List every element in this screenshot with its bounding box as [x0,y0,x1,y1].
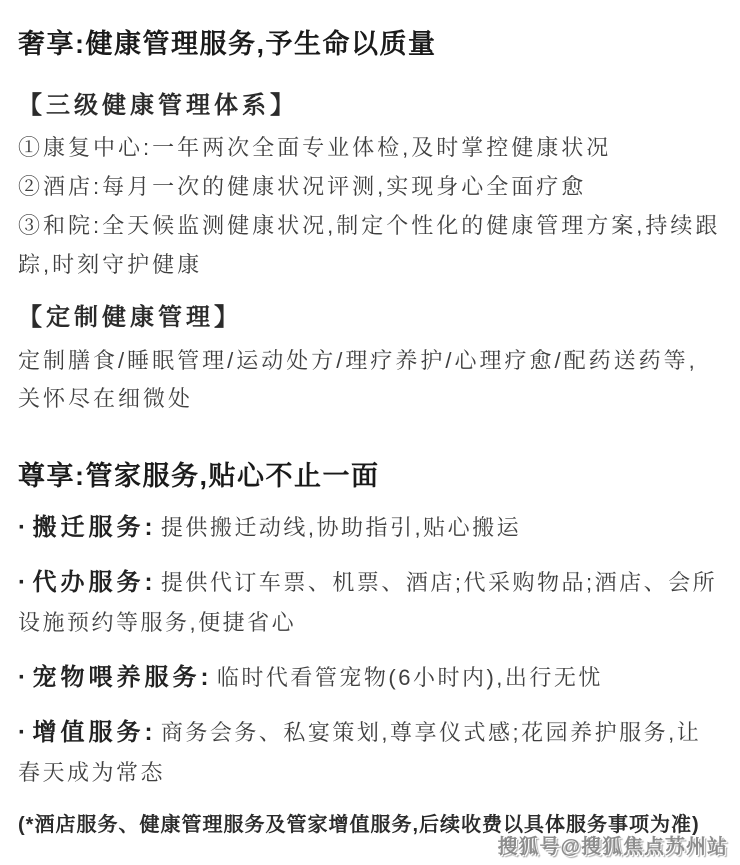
tiered-system-heading: 【三级健康管理体系】 [18,88,722,124]
service-desc-pet-care: 临时代看管宠物(6小时内),出行无忧 [217,665,603,690]
service-name-errands: 代办服务: [32,569,156,596]
tier-item-hotel: ②酒店:每月一次的健康状况评测,实现身心全面疗愈 [18,167,722,206]
butler-service-list: · 搬迁服务: 提供搬迁动线,协助指引,贴心搬运 · 代办服务: 提供代订车票、… [18,509,722,794]
tiered-system-list: ①康复中心:一年两次全面专业体检,及时掌控健康状况 ②酒店:每月一次的健康状况评… [18,128,722,284]
service-item-pet-care: · 宠物喂养服务: 临时代看管宠物(6小时内),出行无忧 [18,659,722,699]
tier-item-heyuan: ③和院:全天候监测健康状况,制定个性化的健康管理方案,持续跟踪,时刻守护健康 [18,206,722,284]
service-item-value-added: · 增值服务: 商务会务、私宴策划,尊享仪式感;花园养护服务,让春天成为常态 [18,714,722,794]
bullet-dot-icon: · [18,664,26,691]
bullet-dot-icon: · [18,514,26,541]
sohu-watermark: 搜狐号@搜狐焦点苏州站 [497,830,728,859]
service-item-errands: · 代办服务: 提供代订车票、机票、酒店;代采购物品;酒店、会所设施预约等服务,… [18,564,722,644]
service-name-moving: 搬迁服务: [32,514,156,541]
service-name-value-added: 增值服务: [32,719,156,746]
health-section-title: 奢享:健康管理服务,予生命以质量 [18,26,722,62]
service-desc-moving: 提供搬迁动线,协助指引,贴心搬运 [161,515,521,540]
custom-health-body: 定制膳食/睡眠管理/运动处方/理疗养护/心理疗愈/配药送药等,关怀尽在细微处 [18,342,722,418]
butler-section-title: 尊享:管家服务,贴心不止一面 [18,458,722,494]
article-body: 奢享:健康管理服务,予生命以质量 【三级健康管理体系】 ①康复中心:一年两次全面… [0,0,740,840]
custom-health-heading: 【定制健康管理】 [18,300,722,336]
bullet-dot-icon: · [18,719,26,746]
bullet-dot-icon: · [18,569,26,596]
tier-item-rehab-center: ①康复中心:一年两次全面专业体检,及时掌控健康状况 [18,128,722,167]
service-item-moving: · 搬迁服务: 提供搬迁动线,协助指引,贴心搬运 [18,509,722,549]
service-name-pet-care: 宠物喂养服务: [32,664,212,691]
